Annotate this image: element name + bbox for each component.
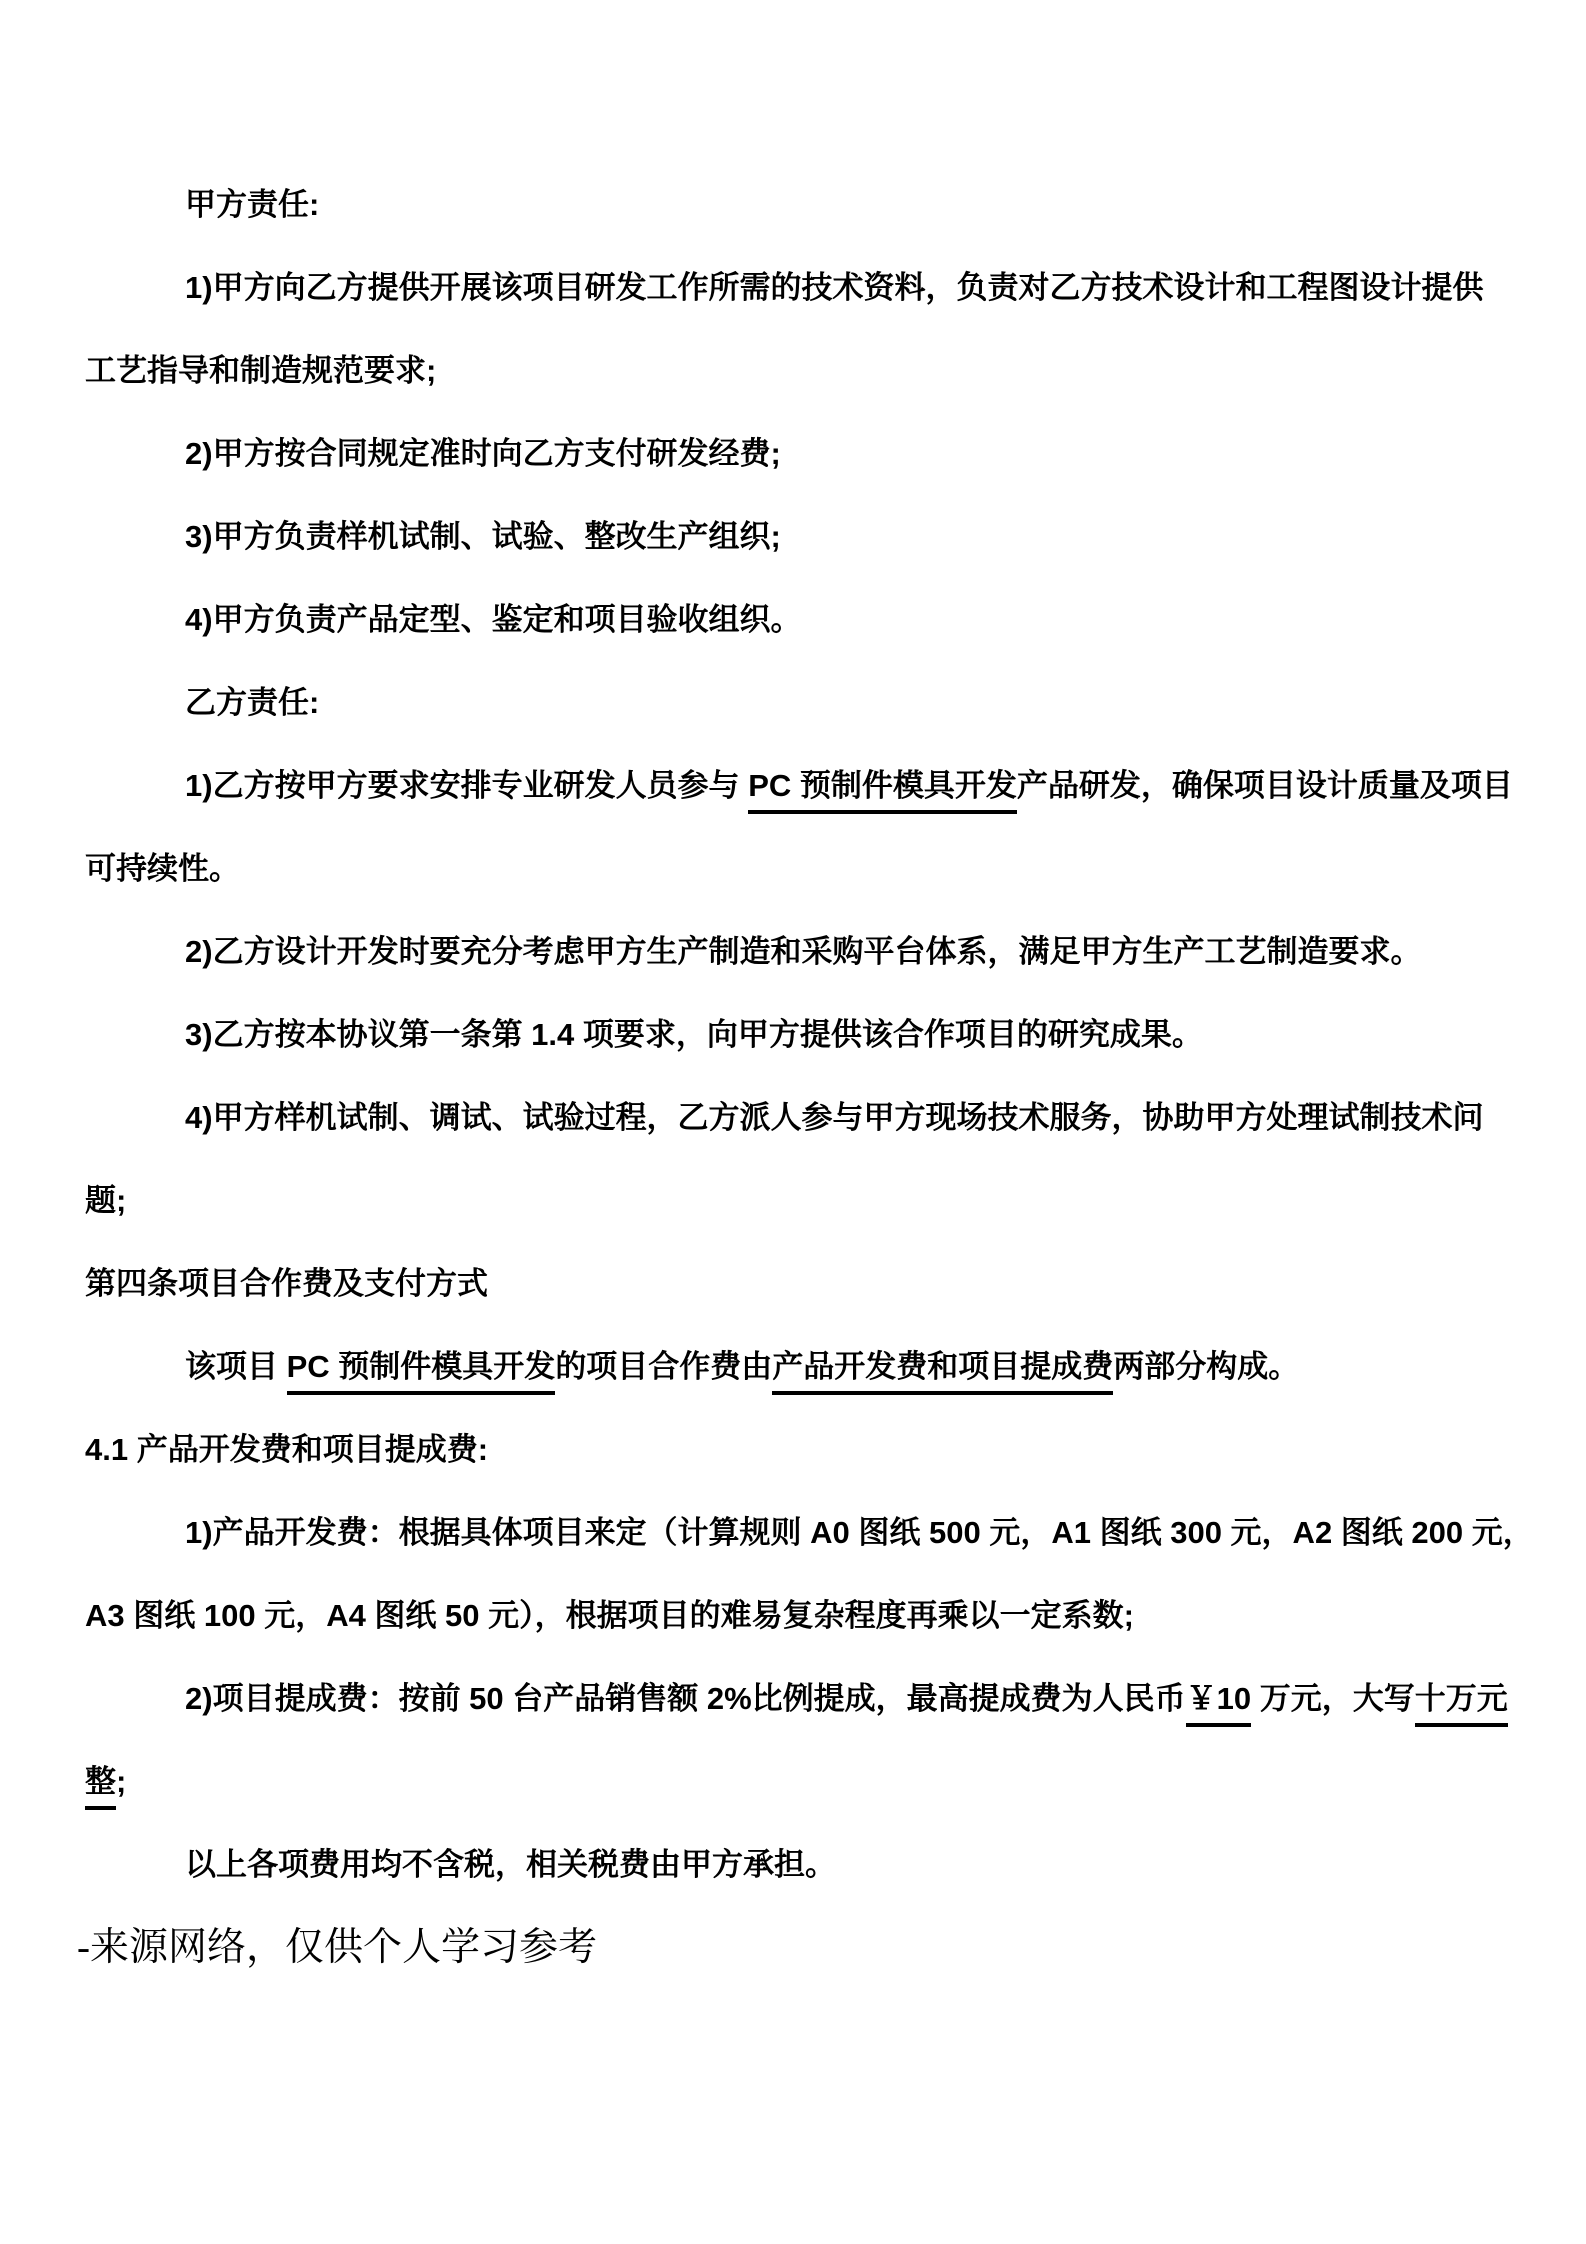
party-b-duties-heading-text: 乙方责任:	[185, 685, 319, 720]
party-a-item-2-text: 2)甲方按合同规定准时向乙方支付研发经费;	[185, 436, 781, 471]
party-b-item-4-text: 4)甲方样机试制、调试、试验过程，乙方派人参与甲方现场技术服务，协助甲方处理试制…	[185, 1100, 1484, 1135]
article-4-intro-underlined-text: 产品开发费和项目提成费	[772, 1349, 1113, 1395]
party-a-item-3: 3)甲方负责样机试制、试验、整改生产组织;	[85, 495, 1516, 578]
fee-item-1-continued-text: A3 图纸 100 元，A4 图纸 50 元），根据项目的难易复杂程度再乘以一定…	[85, 1598, 1134, 1633]
party-b-item-3: 3)乙方按本协议第一条第 1.4 项要求，向甲方提供该合作项目的研究成果。	[85, 993, 1516, 1076]
section-4-1-heading: 4.1 产品开发费和项目提成费:	[85, 1408, 1516, 1491]
party-b-item-1-text: 产品研发，确保项目设计质量及项目	[1017, 768, 1513, 803]
fee-item-2-text: 万元，大写	[1251, 1681, 1415, 1716]
fee-item-2-underlined-text: ￥10	[1186, 1681, 1251, 1727]
footer-note: -来源网络，仅供个人学习参考	[77, 1906, 1516, 1989]
party-b-item-3-text: 3)乙方按本协议第一条第 1.4 项要求，向甲方提供该合作项目的研究成果。	[185, 1017, 1203, 1052]
party-a-duties-heading: 甲方责任:	[85, 163, 1516, 246]
article-4-intro-text: 两部分构成。	[1113, 1349, 1299, 1384]
fee-item-2-continued-text: ;	[116, 1764, 126, 1799]
footer-note-text: -来源网络，仅供个人学习参考	[77, 1926, 597, 1969]
article-4-intro-text: 的项目合作费由	[555, 1349, 772, 1384]
article-4-heading-text: 第四条项目合作费及支付方式	[85, 1266, 488, 1301]
party-b-item-1-continued-text: 可持续性。	[85, 851, 240, 886]
party-b-item-2: 2)乙方设计开发时要充分考虑甲方生产制造和采购平台体系，满足甲方生产工艺制造要求…	[85, 910, 1516, 993]
article-4-intro: 该项目 PC 预制件模具开发的项目合作费由产品开发费和项目提成费两部分构成。	[85, 1325, 1516, 1408]
document-page: 甲方责任:1)甲方向乙方提供开展该项目研发工作所需的技术资料，负责对乙方技术设计…	[0, 0, 1586, 2244]
section-4-1-heading-text: 4.1 产品开发费和项目提成费:	[85, 1432, 488, 1467]
article-4-intro-text: 该项目	[185, 1349, 287, 1384]
fee-item-2-text: 2)项目提成费：按前 50 台产品销售额 2%比例提成，最高提成费为人民币	[185, 1681, 1186, 1716]
party-b-item-1-underlined-text: PC 预制件模具开发	[748, 768, 1017, 814]
party-a-item-4-text: 4)甲方负责产品定型、鉴定和项目验收组织。	[185, 602, 802, 637]
party-b-item-2-text: 2)乙方设计开发时要充分考虑甲方生产制造和采购平台体系，满足甲方生产工艺制造要求…	[185, 934, 1422, 969]
fee-item-1-text: 1)产品开发费：根据具体项目来定（计算规则 A0 图纸 500 元，A1 图纸 …	[185, 1515, 1534, 1550]
tax-note: 以上各项费用均不含税，相关税费由甲方承担。	[85, 1823, 1516, 1906]
party-b-item-1: 1)乙方按甲方要求安排专业研发人员参与 PC 预制件模具开发产品研发，确保项目设…	[85, 744, 1516, 827]
party-a-item-1-text: 1)甲方向乙方提供开展该项目研发工作所需的技术资料，负责对乙方技术设计和工程图设…	[185, 270, 1484, 305]
party-b-item-4-continued: 题;	[85, 1159, 1516, 1242]
fee-item-2: 2)项目提成费：按前 50 台产品销售额 2%比例提成，最高提成费为人民币￥10…	[85, 1657, 1516, 1740]
party-a-item-1: 1)甲方向乙方提供开展该项目研发工作所需的技术资料，负责对乙方技术设计和工程图设…	[85, 246, 1516, 329]
party-a-item-1-continued-text: 工艺指导和制造规范要求;	[85, 353, 436, 388]
article-4-intro-underlined-text: PC 预制件模具开发	[287, 1349, 556, 1395]
fee-item-2-continued-underlined-text: 整	[85, 1764, 116, 1810]
party-a-item-4: 4)甲方负责产品定型、鉴定和项目验收组织。	[85, 578, 1516, 661]
fee-item-1-continued: A3 图纸 100 元，A4 图纸 50 元），根据项目的难易复杂程度再乘以一定…	[85, 1574, 1516, 1657]
party-b-item-1-text: 1)乙方按甲方要求安排专业研发人员参与	[185, 768, 748, 803]
fee-item-2-underlined-text: 十万元	[1415, 1681, 1508, 1727]
party-b-duties-heading: 乙方责任:	[85, 661, 1516, 744]
party-b-item-1-continued: 可持续性。	[85, 827, 1516, 910]
tax-note-text: 以上各项费用均不含税，相关税费由甲方承担。	[185, 1847, 836, 1882]
party-a-item-3-text: 3)甲方负责样机试制、试验、整改生产组织;	[185, 519, 781, 554]
article-4-heading: 第四条项目合作费及支付方式	[85, 1242, 1516, 1325]
fee-item-2-continued: 整;	[85, 1740, 1516, 1823]
party-a-item-2: 2)甲方按合同规定准时向乙方支付研发经费;	[85, 412, 1516, 495]
party-a-item-1-continued: 工艺指导和制造规范要求;	[85, 329, 1516, 412]
fee-item-1: 1)产品开发费：根据具体项目来定（计算规则 A0 图纸 500 元，A1 图纸 …	[85, 1491, 1516, 1574]
party-a-duties-heading-text: 甲方责任:	[185, 187, 319, 222]
party-b-item-4: 4)甲方样机试制、调试、试验过程，乙方派人参与甲方现场技术服务，协助甲方处理试制…	[85, 1076, 1516, 1159]
party-b-item-4-continued-text: 题;	[85, 1183, 126, 1218]
